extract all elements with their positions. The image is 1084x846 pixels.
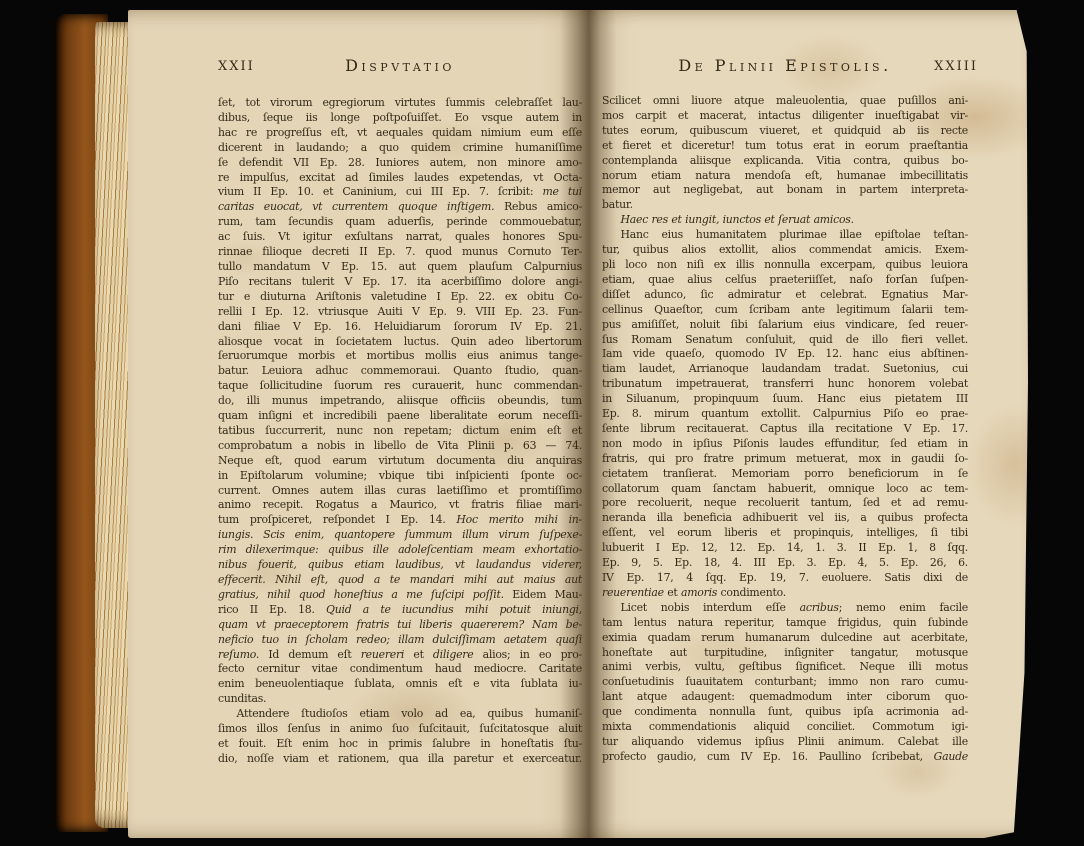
text-line: tur e diuturna Ariſtonis valetudine I Ep… xyxy=(218,290,582,305)
text-line: contemplanda aliisque explicanda. Vitia … xyxy=(602,154,968,169)
text-line: tur aliquando videmus ipſius Plinii anim… xyxy=(602,735,968,750)
text-line: enim beneuolentiaque ſublata, omnis eſt … xyxy=(218,677,582,692)
left-page: XXII Dispvtatio ſet, tot virorum egregio… xyxy=(128,10,588,838)
text-line: dani filiae V Ep. 16. Heluidiarum ſororu… xyxy=(218,320,582,335)
text-line: et fieret et diceretur! tum totus erat i… xyxy=(602,139,968,154)
text-line: effecerit. Nihil eſt, quod a te mandari … xyxy=(218,573,582,588)
text-line: tullo mandatum V Ep. 15. aut quem plauſu… xyxy=(218,260,582,275)
right-page-number: XXIII xyxy=(934,59,978,74)
left-page-text: ſet, tot virorum egregiorum virtutes ſum… xyxy=(218,96,582,767)
text-line: ſe defendit VII Ep. 28. Iuniores autem, … xyxy=(218,156,582,171)
text-line: reſumo. Id demum eſt reuereri et diliger… xyxy=(218,648,582,663)
text-line: IV Ep. 17, 4 ſqq. Ep. 19, 7. euoluere. S… xyxy=(602,571,968,586)
text-line: gratius, nihil quod honeſtius a me ſuſci… xyxy=(218,588,582,603)
text-line: profecto gaudio, cum IV Ep. 16. Paullino… xyxy=(602,750,968,765)
text-line: dicerent in laudando; a quo quidem crimi… xyxy=(218,141,582,156)
text-line: tatibus ſuccurrerit, nunc non repetam; d… xyxy=(218,424,582,439)
text-line: vium II Ep. 10. et Caninium, cui III Ep.… xyxy=(218,185,582,200)
text-line: cellinus Quaeſtor, cum ſcribam ante legi… xyxy=(602,303,968,318)
text-line: que condimenta nonnulla ſunt, quibus ipſ… xyxy=(602,705,968,720)
text-line: eximia quadam rerum humanarum dulcedine … xyxy=(602,631,968,646)
text-line: dibus, ſeque iis longe poſtpoſuiſſet. Eo… xyxy=(218,111,582,126)
book-photograph: XXII Dispvtatio ſet, tot virorum egregio… xyxy=(0,0,1084,846)
text-line: tribunatum impetrauerat, transferri hunc… xyxy=(602,377,968,392)
left-page-header: XXII Dispvtatio xyxy=(128,56,588,78)
text-line: batur. Leuiora adhuc commemoraui. Quanto… xyxy=(218,364,582,379)
text-line: ac ſuis. Vt igitur exſultans narrat, qua… xyxy=(218,230,582,245)
right-running-title: De Plinii Epistolis. xyxy=(602,56,968,75)
text-line: mixta commendationis aliquid conciliet. … xyxy=(602,720,968,735)
text-line: neranda illa beneficia adhibuerit vel ii… xyxy=(602,511,968,526)
text-line: ſeruorumque morbis et mortibus mollis ei… xyxy=(218,349,582,364)
text-line: current. Omnes autem illas curas laetiſſ… xyxy=(218,484,582,499)
text-line: in Epiſtolarum volumine; vbique tibi inſ… xyxy=(218,469,582,484)
text-line: pus amiſiſſet, noluit ſibi ſalarium eius… xyxy=(602,318,968,333)
text-line: memor aut negligebat, aut bonam in parte… xyxy=(602,183,968,198)
text-line: tur, quibus alios extollit, alios commen… xyxy=(602,243,968,258)
text-line: Licet nobis interdum eſſe acribus; nemo … xyxy=(602,601,968,616)
text-line: pore recoluerit, neque recoluerit tantum… xyxy=(602,496,968,511)
text-line: taque ſollicitudine ſuorum res curauerit… xyxy=(218,379,582,394)
text-line: quam vt praeceptorem fratris tui liberis… xyxy=(218,618,582,633)
text-line: fratris, qui pro fratre primum metuerat,… xyxy=(602,452,968,467)
text-line: Ep. 9, 5. Ep. 18, 4. III Ep. 3. Ep. 4, 5… xyxy=(602,556,968,571)
text-line: animo recepit. Rogatus a Maurico, vt fra… xyxy=(218,498,582,513)
text-line: rim dilexerimque: quibus ille adoleſcent… xyxy=(218,543,582,558)
text-line: neficio tuo in ſcholam redeo; illam dulc… xyxy=(218,633,582,648)
text-line: ſet, tot virorum egregiorum virtutes ſum… xyxy=(218,96,582,111)
text-line: tutes eorum, quibuscum viueret, et quidq… xyxy=(602,124,968,139)
text-line: etiam, quae alius celſus praeteriiſſet, … xyxy=(602,273,968,288)
text-line: quam inſigni et incredibili paene libera… xyxy=(218,409,582,424)
text-line: ſente librum recitauerat. Captus illa re… xyxy=(602,422,968,437)
text-line: dio, noſſe viam et rationem, qua illa pa… xyxy=(218,752,582,767)
text-line: pli loco non niſi ex illis nonnulla exce… xyxy=(602,258,968,273)
text-line: Iam vide quaeſo, quomodo IV Ep. 12. hanc… xyxy=(602,347,968,362)
text-line: rico II Ep. 18. Quid a te iucundius mihi… xyxy=(218,603,582,618)
text-line: Piſo recitans tulerit V Ep. 17. ita acer… xyxy=(218,275,582,290)
text-line: fecto cernitur vitae condimentum haud me… xyxy=(218,662,582,677)
text-line: rinnae filioque decreti II Ep. 7. quod m… xyxy=(218,245,582,260)
text-line: tum proſpiceret, reſpondet I Ep. 14. Hoc… xyxy=(218,513,582,528)
text-line: caritas euocat, vt currentem quoque inſt… xyxy=(218,200,582,215)
text-line: re impulſus, excitat ad ſimiles laudes e… xyxy=(218,171,582,186)
text-line: tiam laudet, Arrianoque laudandam tradat… xyxy=(602,362,968,377)
text-line: do, illi munus impetrando, aliisque offi… xyxy=(218,394,582,409)
text-line: batur. xyxy=(602,198,968,213)
text-line: cunditas. xyxy=(218,692,582,707)
text-line: hac re progreſſus eſt, vt aequales quida… xyxy=(218,126,582,141)
text-line: Attendere ſtudioſos etiam volo ad ea, qu… xyxy=(218,707,582,722)
text-line: eſſent, vel eorum liberis et propinquis,… xyxy=(602,526,968,541)
text-line: Ep. 8. mirum quantum extollit. Calpurniu… xyxy=(602,407,968,422)
text-line: non modo in ipſius Piſonis laudes effund… xyxy=(602,437,968,452)
left-running-title: Dispvtatio xyxy=(218,56,582,75)
text-line: tam lentus natura reperitur, tamque frig… xyxy=(602,616,968,631)
text-line: ſus Romam Senatum conſuluit, quid de ill… xyxy=(602,333,968,348)
text-line: nibus fouerit, quibus etiam laudibus, vt… xyxy=(218,558,582,573)
text-line: diſſet adunco, ſic admiratur et celebrat… xyxy=(602,288,968,303)
text-line: Haec res et iungit, iunctos et ſeruat am… xyxy=(602,213,968,228)
text-line: mos carpit et macerat, intactus diligent… xyxy=(602,109,968,124)
text-line: cietatem tranſierat. Memoriam porro bene… xyxy=(602,467,968,482)
text-line: lant atque adaugent: quemadmodum inter c… xyxy=(602,690,968,705)
text-line: lubuerit I Ep. 12, 12. Ep. 14, 1. 3. II … xyxy=(602,541,968,556)
text-line: ſimos illos ſenſus in animo ſuo ſuſcitau… xyxy=(218,722,582,737)
right-page-header: De Plinii Epistolis. XXIII xyxy=(588,56,1028,78)
text-line: honeſtate aut turpitudine, inſigniter ta… xyxy=(602,646,968,661)
right-page: De Plinii Epistolis. XXIII Scilicet omni… xyxy=(588,10,1028,838)
text-line: animi verbis, vultu, geſtibus ſignificet… xyxy=(602,660,968,675)
text-line: aliosque vocat in ſocietatem luctus. Qui… xyxy=(218,335,582,350)
text-line: conſuetudinis ſuauitatem conturbant; imm… xyxy=(602,675,968,690)
text-line: in Siluanum, propinquum ſuum. Hanc eius … xyxy=(602,392,968,407)
text-line: Neque eſt, quod earum virtutum documenta… xyxy=(218,454,582,469)
right-page-text: Scilicet omni liuore atque maleuolentia,… xyxy=(602,94,968,765)
text-line: Scilicet omni liuore atque maleuolentia,… xyxy=(602,94,968,109)
text-line: iungis. Scis enim, quantopere ſummum ill… xyxy=(218,528,582,543)
text-line: reuerentiae et amoris condimento. xyxy=(602,586,968,601)
text-line: comprobatum a nobis in libello de Vita P… xyxy=(218,439,582,454)
text-line: norum etiam natura mendoſa eſt, humanae … xyxy=(602,169,968,184)
text-line: collatorum quam ſanctam habuerit, omniqu… xyxy=(602,482,968,497)
text-line: et fouit. Eſt enim hoc in primis ſalubre… xyxy=(218,737,582,752)
text-line: rum, tam ſecundis quam aduerſis, perinde… xyxy=(218,215,582,230)
text-line: rellii I Ep. 12. vtriusque Auiti V Ep. 9… xyxy=(218,305,582,320)
text-line: Hanc eius humanitatem plurimae illae epi… xyxy=(602,228,968,243)
